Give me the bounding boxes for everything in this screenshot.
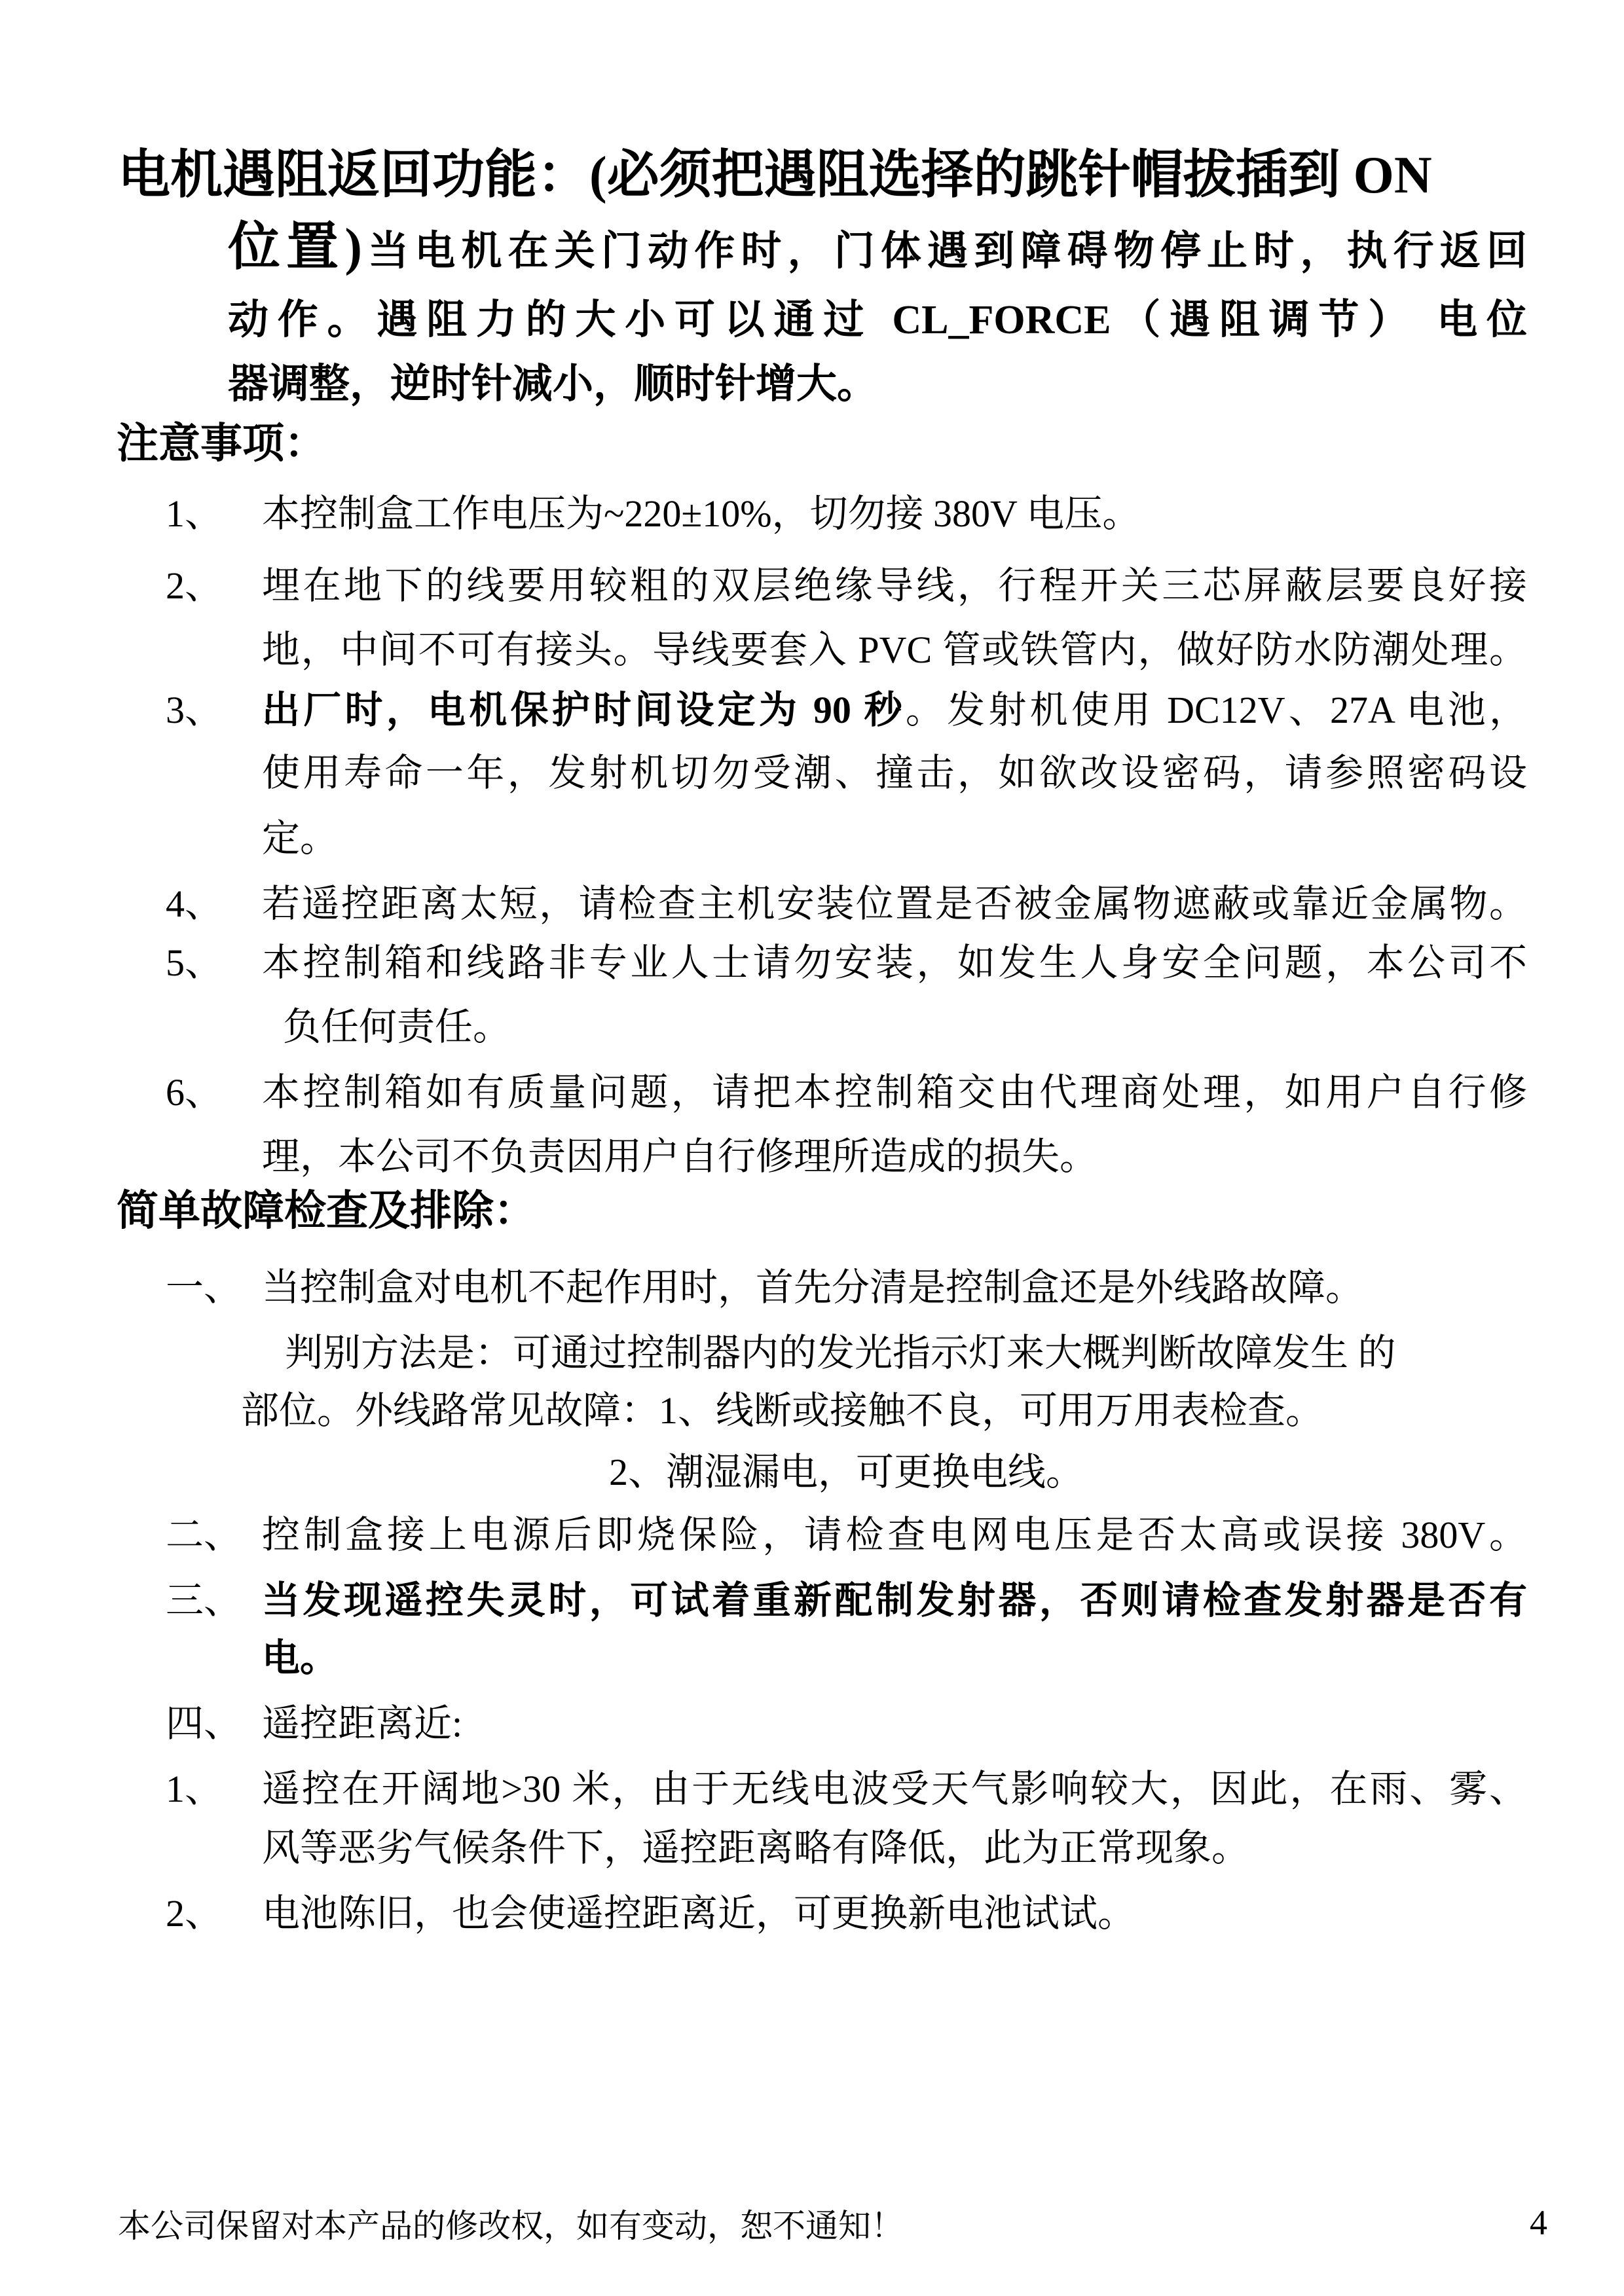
- troubleshoot-item-2-line-1: 控制盒接上电源后即烧保险，请检查电网电压是否太高或误接 380V。: [262, 1516, 1527, 1554]
- notice-item-3-line-3: 定。: [262, 820, 338, 858]
- notice-item-5-line-2: 负任何责任。: [283, 1008, 511, 1046]
- notice-item-5-line-1: 本控制箱和线路非专业人士请勿安装，如发生人身安全问题，本公司不: [262, 944, 1527, 982]
- troubleshoot-item-5-num: 1、: [166, 1770, 223, 1808]
- notice-item-5-num: 5、: [166, 944, 223, 982]
- troubleshoot-item-2-num: 二、: [166, 1516, 242, 1554]
- manual-page: 电机遇阻返回功能：(必须把遇阻选择的跳针帽拔插到 ON 位置)当电机在关门动作时…: [0, 0, 1624, 2296]
- intro-line-2-rest: 当电机在关门动作时，门体遇到障碍物停止时，执行返回: [362, 229, 1527, 274]
- notice-item-6-line-1: 本控制箱如有质量问题，请把本控制箱交由代理商处理，如用户自行修: [262, 1074, 1527, 1112]
- troubleshoot-heading: 简单故障检查及排除：: [117, 1190, 536, 1232]
- troubleshoot-item-3-num: 三、: [166, 1582, 242, 1620]
- intro-line-4: 器调整，逆时针减小，顺时针增大。: [228, 364, 877, 405]
- notice-item-1-line-1: 本控制盒工作电压为~220±10%，切勿接 380V 电压。: [262, 495, 1140, 533]
- troubleshoot-item-6-num: 2、: [166, 1895, 223, 1933]
- troubleshoot-item-4-num: 四、: [166, 1705, 242, 1743]
- footer-note: 本公司保留对本产品的修改权，如有变动，恕不通知！: [118, 2210, 904, 2242]
- notice-item-3-line-1-rest: 。发射机使用 DC12V、27A 电池，: [906, 689, 1527, 731]
- notice-item-4-num: 4、: [166, 885, 223, 923]
- intro-line-1: 电机遇阻返回功能：(必须把遇阻选择的跳针帽拔插到 ON: [118, 149, 1432, 202]
- intro-line-2: 位置)当电机在关门动作时，门体遇到障碍物停止时，执行返回: [228, 221, 1527, 274]
- troubleshoot-item-3-line-1: 当发现遥控失灵时，可试着重新配制发射器，否则请检查发射器是否有: [262, 1582, 1527, 1620]
- notice-item-1-num: 1、: [166, 495, 223, 533]
- troubleshoot-item-5-line-1: 遥控在开阔地>30 米，由于无线电波受天气影响较大，因此，在雨、雾、: [262, 1770, 1527, 1808]
- troubleshoot-item-6-line-1: 电池陈旧，也会使遥控距离近，可更换新电池试试。: [262, 1895, 1135, 1933]
- page-number: 4: [1530, 2205, 1547, 2240]
- intro-line-3: 动作。遇阻力的大小可以通过 CL_FORCE（遇阻调节） 电位: [228, 300, 1527, 340]
- troubleshoot-item-1-num: 一、: [166, 1269, 242, 1307]
- notice-item-6-num: 6、: [166, 1074, 223, 1112]
- notice-item-4-line-1: 若遥控距离太短，请检查主机安装位置是否被金属物遮蔽或靠近金属物。: [262, 885, 1527, 923]
- notice-item-3-line-1-bold: 出厂时，电机保护时间设定为 90 秒: [262, 689, 906, 731]
- troubleshoot-item-4-line-1: 遥控距离近:: [262, 1705, 462, 1743]
- notice-item-3-num: 3、: [166, 691, 223, 729]
- intro-line-2-big: 位置): [228, 219, 362, 276]
- notice-item-2-line-2: 地，中间不可有接头。导线要套入 PVC 管或铁管内，做好防水防潮处理。: [262, 631, 1527, 669]
- notice-item-2-line-1: 埋在地下的线要用较粗的双层绝缘导线，行程开关三芯屏蔽层要良好接: [262, 567, 1527, 605]
- notice-item-3-line-2: 使用寿命一年，发射机切勿受潮、撞击，如欲改设密码，请参照密码设: [262, 754, 1527, 792]
- troubleshoot-item-1-line-4: 2、潮湿漏电，可更换电线。: [609, 1453, 1084, 1491]
- troubleshoot-item-1-line-1: 当控制盒对电机不起作用时，首先分清是控制盒还是外线路故障。: [262, 1269, 1363, 1307]
- troubleshoot-item-1-line-3: 部位。外线路常见故障：1、线断或接触不良，可用万用表检查。: [241, 1392, 1323, 1430]
- notice-heading: 注意事项：: [117, 423, 326, 465]
- notice-item-3-line-1: 出厂时，电机保护时间设定为 90 秒。发射机使用 DC12V、27A 电池，: [262, 691, 1527, 729]
- notice-item-6-line-2: 理，本公司不负责因用户自行修理所造成的损失。: [262, 1138, 1098, 1176]
- notice-item-2-num: 2、: [166, 567, 223, 605]
- troubleshoot-item-3-line-2: 电。: [262, 1639, 338, 1677]
- troubleshoot-item-1-line-2: 判别方法是：可通过控制器内的发光指示灯来大概判断故障发生 的: [285, 1334, 1396, 1372]
- troubleshoot-item-5-line-2: 风等恶劣气候条件下，遥控距离略有降低，此为正常现象。: [262, 1829, 1249, 1867]
